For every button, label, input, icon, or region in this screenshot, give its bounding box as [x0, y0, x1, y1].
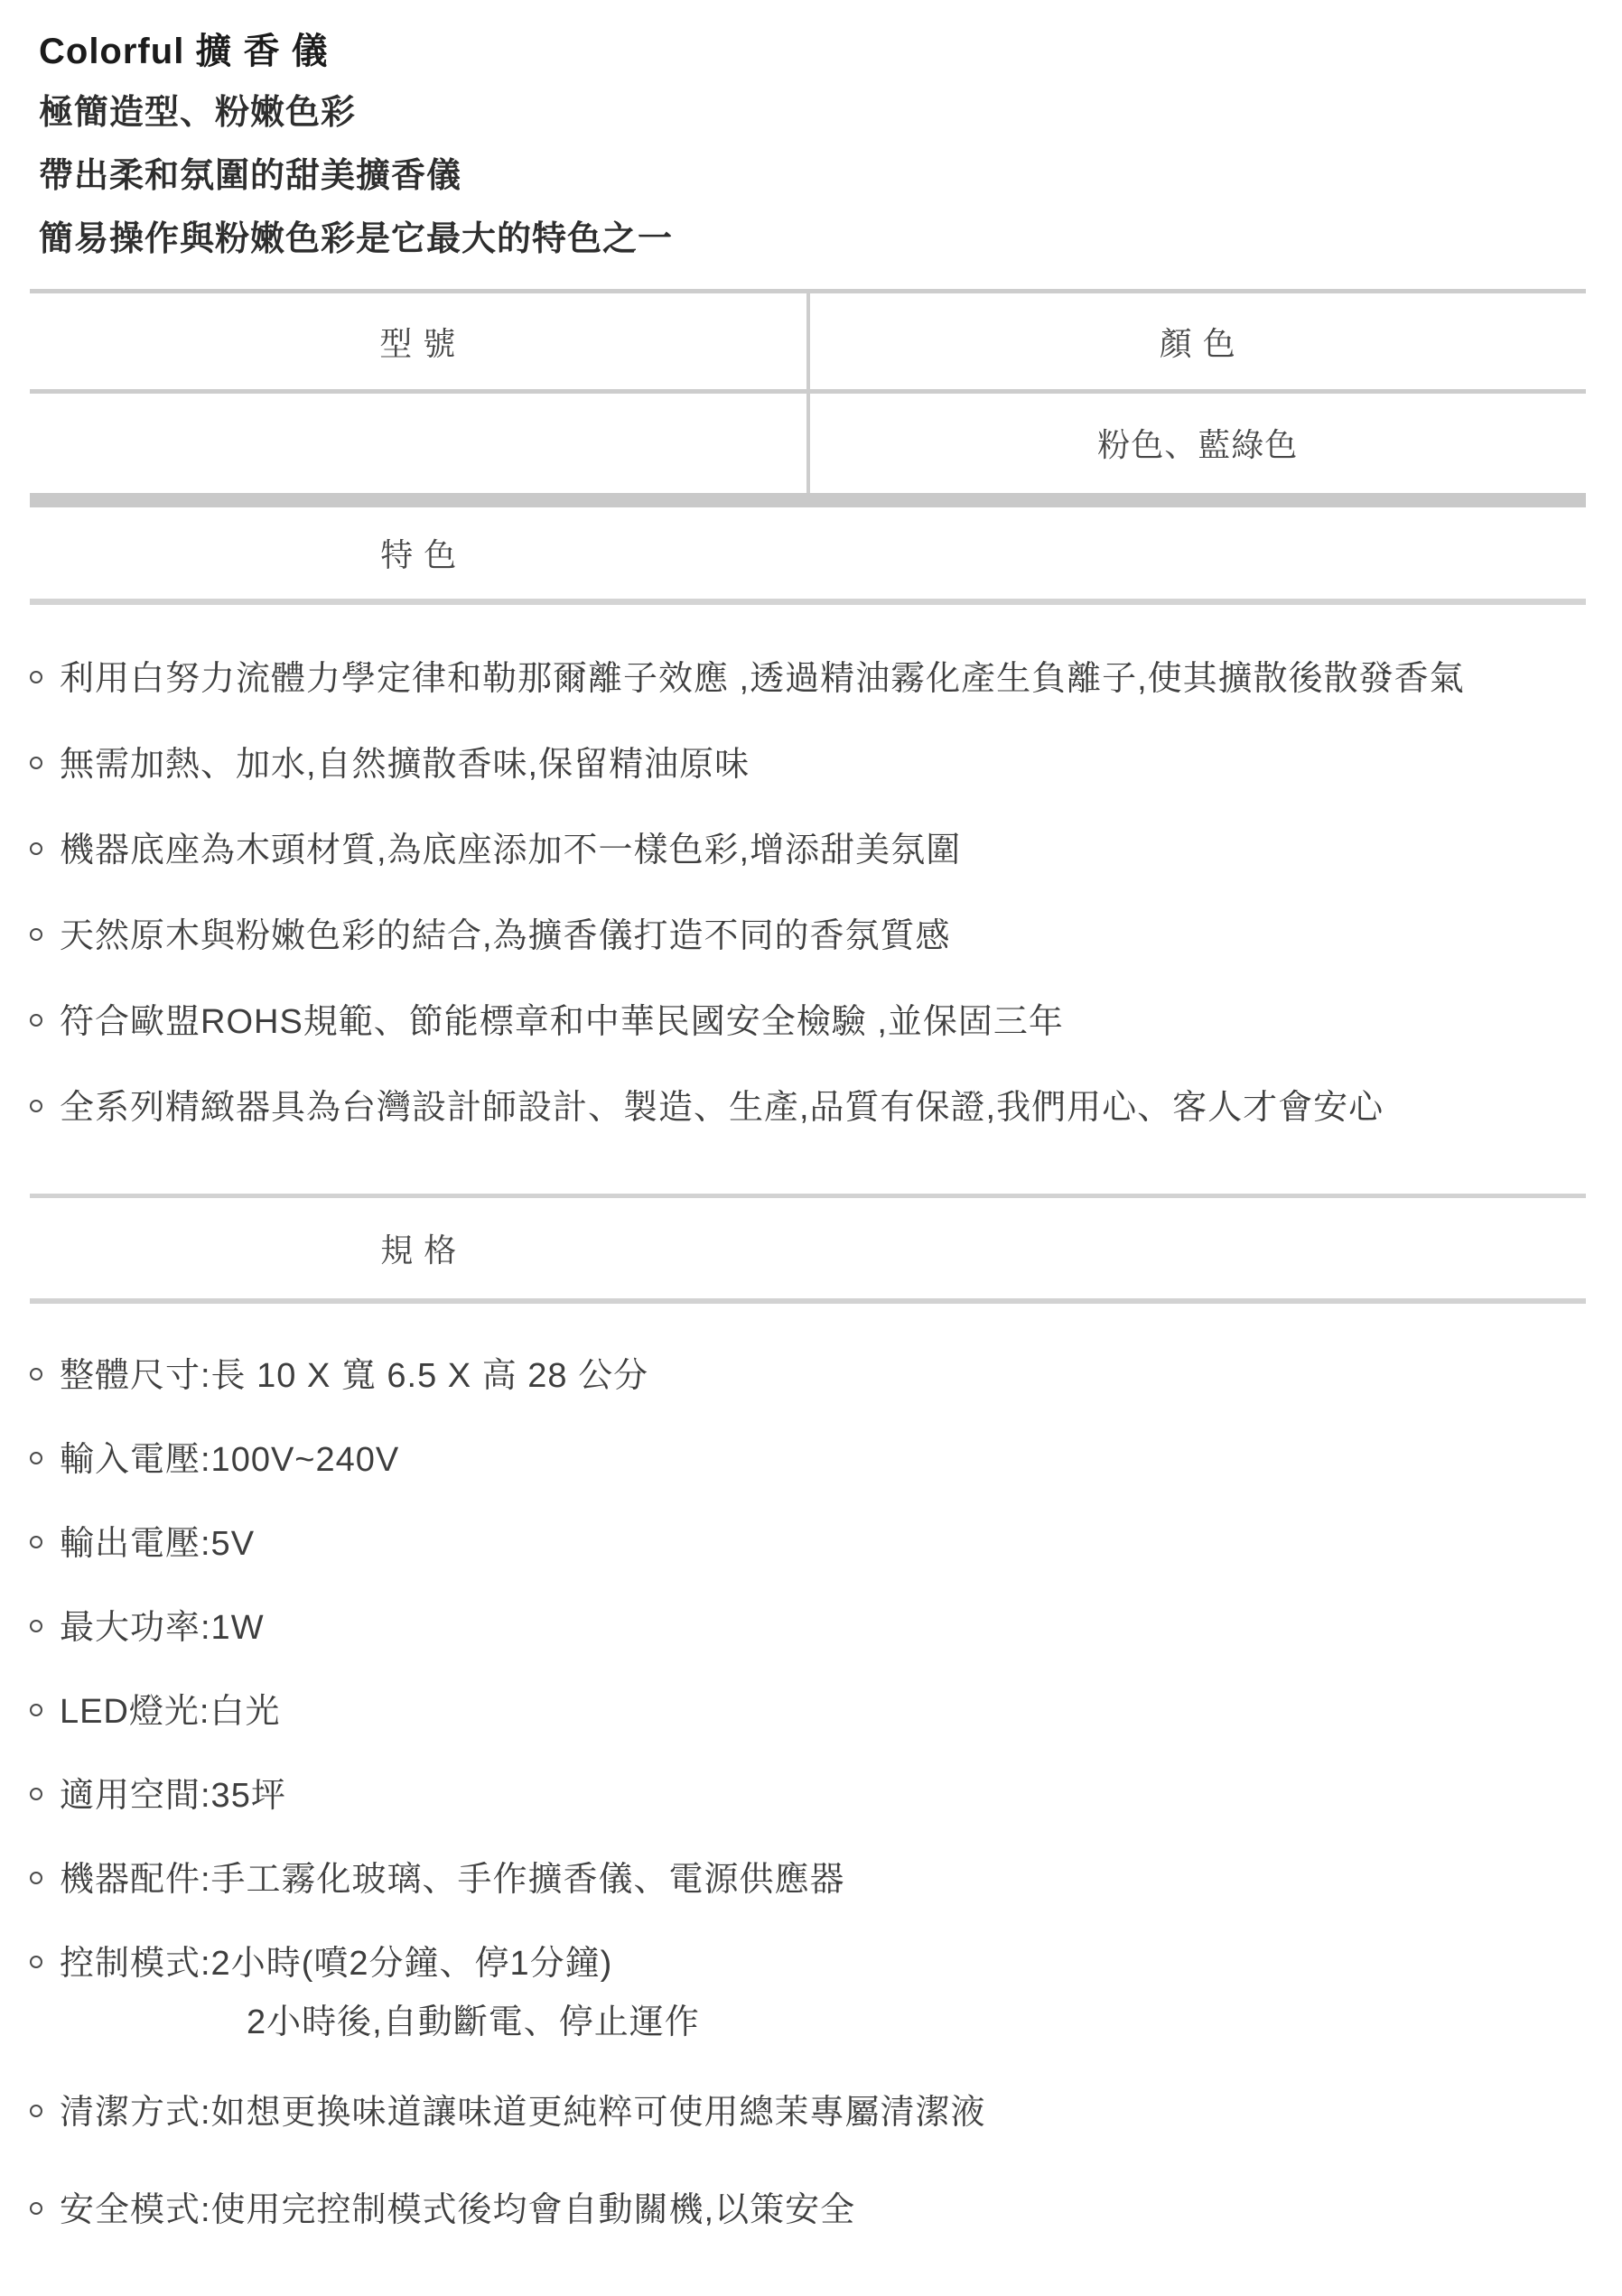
bullet-icon: [30, 842, 42, 855]
subtitle-line: 帶出柔和氛圍的甜美擴香儀: [39, 144, 1586, 208]
info-table: 型 號 顏 色 粉色、藍綠色: [30, 289, 1586, 493]
bullet-icon: [30, 2202, 42, 2215]
feature-item: 無需加熱、加水,自然擴散香味,保留精油原味: [30, 744, 1586, 785]
feature-item: 天然原木與粉嫩色彩的結合,為擴香儀打造不同的香氛質感: [30, 916, 1586, 957]
subtitle-line: 極簡造型、粉嫩色彩: [39, 81, 1586, 144]
model-value-cell: [30, 392, 808, 493]
product-description-page: Colorful 擴 香 儀 極簡造型、粉嫩色彩 帶出柔和氛圍的甜美擴香儀 簡易…: [0, 0, 1622, 2296]
specs-list: 整體尺寸:長 10 X 寬 6.5 X 高 28 公分 輸入電壓:100V~24…: [30, 1355, 1586, 2231]
bullet-icon: [30, 1452, 42, 1464]
spec-item-control-mode-continuation: 2小時後,自動斷電、停止運作: [30, 2002, 1586, 2043]
bullet-icon: [30, 928, 42, 941]
bullet-icon: [30, 1100, 42, 1112]
spec-item-safety-mode: 安全模式:使用完控制模式後均會自動關機,以策安全: [30, 2189, 1586, 2231]
features-section-header-row: 特 色: [30, 493, 1586, 605]
bullet-icon: [30, 1872, 42, 1884]
subtitle-block: 極簡造型、粉嫩色彩 帶出柔和氛圍的甜美擴香儀 簡易操作與粉嫩色彩是它最大的特色之…: [39, 81, 1586, 271]
spec-item-output-voltage: 輸出電壓:5V: [30, 1523, 1586, 1565]
bullet-icon: [30, 1788, 42, 1800]
subtitle-line: 簡易操作與粉嫩色彩是它最大的特色之一: [39, 208, 1586, 271]
bullet-icon: [30, 671, 42, 683]
feature-item: 機器底座為木頭材質,為底座添加不一樣色彩,增添甜美氛圍: [30, 830, 1586, 871]
spec-item-coverage: 適用空間:35坪: [30, 1775, 1586, 1817]
bullet-icon: [30, 1368, 42, 1380]
feature-item: 全系列精緻器具為台灣設計師設計、製造、生產,品質有保證,我們用心、客人才會安心: [30, 1087, 1586, 1129]
bullet-icon: [30, 1704, 42, 1716]
bullet-icon: [30, 1956, 42, 1968]
color-value-cell: 粉色、藍綠色: [808, 392, 1587, 493]
page-title: Colorful 擴 香 儀: [39, 29, 1586, 74]
specs-section-header-row: 規 格: [30, 1194, 1586, 1304]
bullet-icon: [30, 1620, 42, 1632]
spec-item-dimensions: 整體尺寸:長 10 X 寬 6.5 X 高 28 公分: [30, 1355, 1586, 1397]
bullet-icon: [30, 1014, 42, 1027]
feature-item: 符合歐盟ROHS規範、節能標章和中華民國安全檢驗 ,並保固三年: [30, 1001, 1586, 1043]
spec-item-input-voltage: 輸入電壓:100V~240V: [30, 1439, 1586, 1481]
bullet-icon: [30, 2105, 42, 2117]
specs-section-title: 規 格: [30, 1225, 808, 1271]
bullet-icon: [30, 1536, 42, 1548]
feature-item: 利用白努力流體力學定律和勒那爾離子效應 ,透過精油霧化產生負離子,使其擴散後散發…: [30, 658, 1586, 700]
table-header-row: 型 號 顏 色: [30, 292, 1586, 392]
spec-item-max-power: 最大功率:1W: [30, 1607, 1586, 1649]
spec-item-cleaning: 清潔方式:如想更換味道讓味道更純粹可使用總茉專屬清潔液: [30, 2092, 1586, 2133]
header-block: Colorful 擴 香 儀 極簡造型、粉嫩色彩 帶出柔和氛圍的甜美擴香儀 簡易…: [30, 0, 1586, 271]
features-section-title: 特 色: [30, 530, 808, 576]
spec-item-control-mode: 控制模式:2小時(噴2分鐘、停1分鐘): [30, 1943, 1586, 1985]
table-header-color: 顏 色: [808, 292, 1587, 392]
table-header-model: 型 號: [30, 292, 808, 392]
spec-item-accessories: 機器配件:手工霧化玻璃、手作擴香儀、電源供應器: [30, 1859, 1586, 1901]
table-data-row: 粉色、藍綠色: [30, 392, 1586, 493]
spec-item-led-light: LED燈光:白光: [30, 1691, 1586, 1733]
bullet-icon: [30, 757, 42, 769]
features-list: 利用白努力流體力學定律和勒那爾離子效應 ,透過精油霧化產生負離子,使其擴散後散發…: [30, 658, 1586, 1129]
